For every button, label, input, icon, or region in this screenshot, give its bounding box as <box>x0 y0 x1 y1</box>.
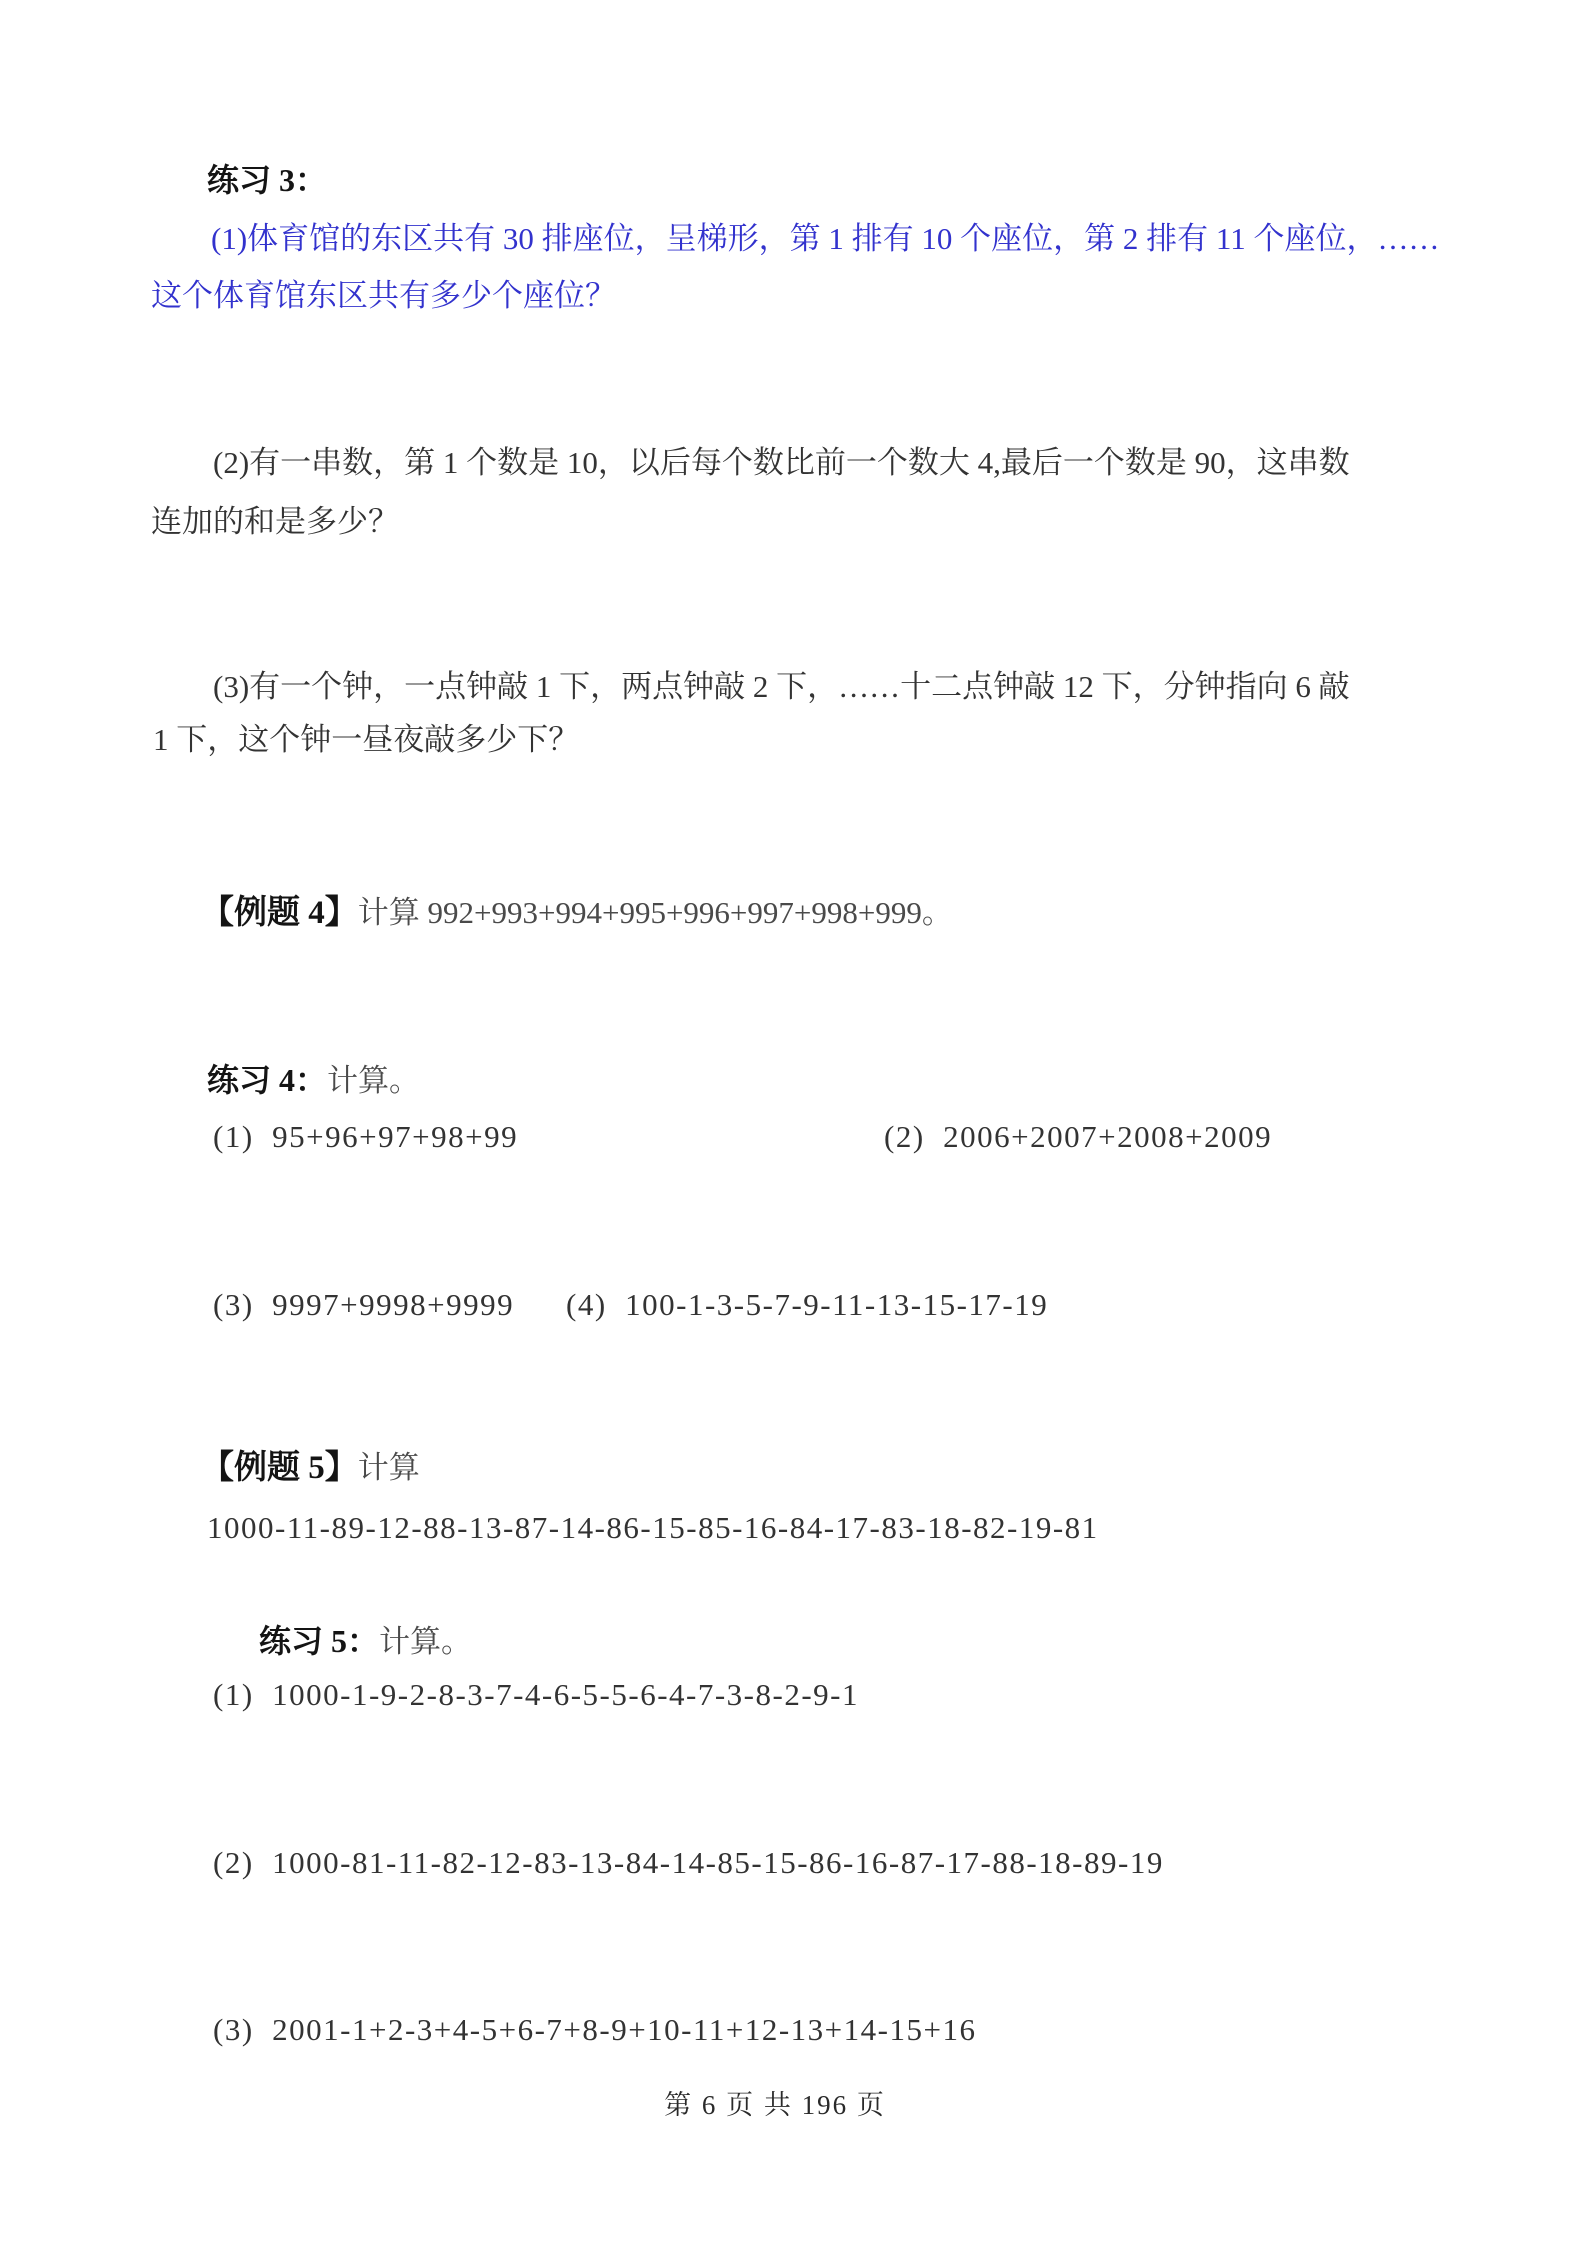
exercise3-q1-line1: (1)体育馆的东区共有 30 排座位，呈梯形，第 1 排有 10 个座位，第 2… <box>211 217 1440 261</box>
exercise3-q2-line1: (2)有一串数，第 1 个数是 10，以后每个数比前一个数大 4,最后一个数是 … <box>213 441 1350 485</box>
practice5-q1: (1) 1000-1-9-2-8-3-7-4-6-5-5-6-4-7-3-8-2… <box>213 1673 859 1717</box>
example5-body: 计算 <box>358 1450 420 1485</box>
example5-line: 【例题 5】计算 <box>201 1446 420 1490</box>
practice4-heading: 练习 4：计算。 <box>207 1058 420 1103</box>
exercise3-q1-line2: 这个体育馆东区共有多少个座位？ <box>151 274 616 318</box>
exercise3-heading: 练习 3： <box>207 158 327 202</box>
practice5-label: 练习 5： <box>259 1623 379 1659</box>
practice4-label: 练习 4： <box>207 1062 327 1098</box>
practice5-heading: 练习 5：计算。 <box>259 1619 472 1664</box>
example4-body: 计算 992+993+994+995+996+997+998+999。 <box>358 895 953 930</box>
example5-label: 【例题 5】 <box>201 1450 358 1486</box>
practice5-q3: (3) 2001-1+2-3+4-5+6-7+8-9+10-11+12-13+1… <box>213 2008 976 2052</box>
page-footer: 第 6 页 共 196 页 <box>0 2088 1550 2122</box>
example5-expression: 1000-11-89-12-88-13-87-14-86-15-85-16-84… <box>207 1506 1099 1550</box>
practice5-body: 计算。 <box>379 1624 472 1659</box>
practice5-q2: (2) 1000-81-11-82-12-83-13-84-14-85-15-8… <box>213 1841 1164 1885</box>
practice4-body: 计算。 <box>327 1063 420 1098</box>
example4-label: 【例题 4】 <box>201 895 358 931</box>
exercise3-q3-line2: 1 下，这个钟一昼夜敲多少下？ <box>153 718 579 762</box>
practice4-q4: (4) 100-1-3-5-7-9-11-13-15-17-19 <box>566 1283 1048 1327</box>
practice4-q2: (2) 2006+2007+2008+2009 <box>884 1115 1272 1159</box>
example4-line: 【例题 4】计算 992+993+994+995+996+997+998+999… <box>201 891 953 935</box>
practice4-q3: (3) 9997+9998+9999 <box>213 1283 514 1327</box>
document-page: 练习 3： (1)体育馆的东区共有 30 排座位，呈梯形，第 1 排有 10 个… <box>0 0 1587 2245</box>
exercise3-q2-line2: 连加的和是多少？ <box>151 500 399 544</box>
exercise3-q3-line1: (3)有一个钟，一点钟敲 1 下，两点钟敲 2 下，……十二点钟敲 12 下，分… <box>213 665 1350 709</box>
practice4-q1: (1) 95+96+97+98+99 <box>213 1115 518 1159</box>
